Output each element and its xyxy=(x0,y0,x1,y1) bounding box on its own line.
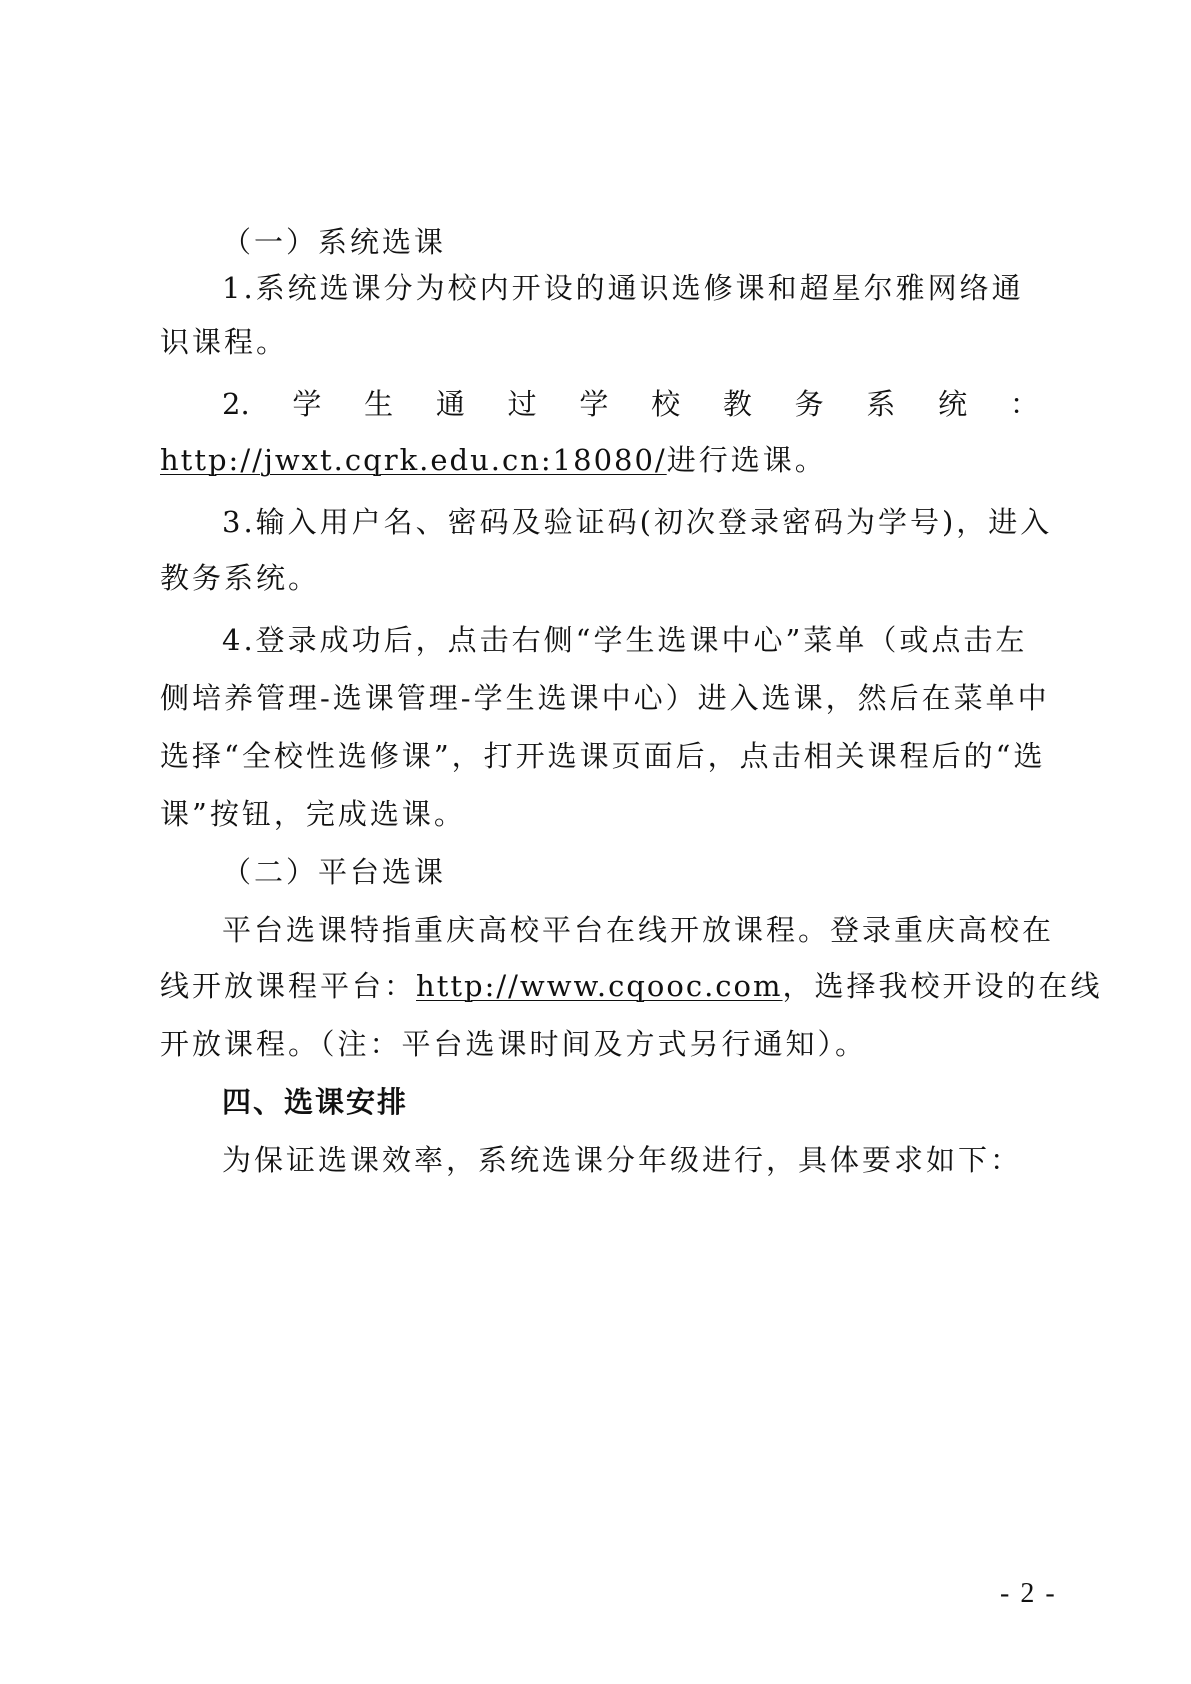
paragraph-item-4-line-3: 选择“全校性选修课”，打开选课页面后，点击相关课程后的“选 xyxy=(160,736,1040,776)
paragraph-item-4-line-2: 侧培养管理-选课管理-学生选课中心）进入选课，然后在菜单中 xyxy=(160,678,1040,718)
academic-system-link[interactable]: http://jwxt.cqrk.edu.cn:18080/ xyxy=(160,443,667,477)
platform-paragraph-line-1: 平台选课特指重庆高校平台在线开放课程。登录重庆高校在 xyxy=(222,910,1102,950)
paragraph-item-3-line-2: 教务系统。 xyxy=(160,558,1040,598)
document-page: （一）系统选课 1.系统选课分为校内开设的通识选修课和超星尔雅网络通 识课程。 … xyxy=(0,0,1191,1684)
arrangement-paragraph: 为保证选课效率，系统选课分年级进行，具体要求如下： xyxy=(222,1140,1102,1180)
item-2-char: 生 xyxy=(364,384,393,424)
paragraph-item-1-line-2: 识课程。 xyxy=(160,322,1040,362)
item-2-char: ： xyxy=(1010,384,1039,424)
subsection-heading-system-selection: （一）系统选课 xyxy=(222,222,1102,262)
item-2-char: 务 xyxy=(795,384,824,424)
paragraph-item-2-line-1: 2. 学 生 通 过 学 校 教 务 系 统 ： xyxy=(222,384,1039,424)
cqooc-platform-link[interactable]: http://www.cqooc.com xyxy=(416,969,783,1003)
paragraph-item-2-line-2: http://jwxt.cqrk.edu.cn:18080/进行选课。 xyxy=(160,440,1040,480)
platform-line-2-prefix: 线开放课程平台： xyxy=(160,969,416,1003)
platform-paragraph-line-2: 线开放课程平台：http://www.cqooc.com，选择我校开设的在线 xyxy=(160,966,1040,1006)
platform-paragraph-line-3: 开放课程。（注：平台选课时间及方式另行通知）。 xyxy=(160,1024,1040,1064)
item-2-char: 系 xyxy=(866,384,895,424)
platform-line-2-suffix: ，选择我校开设的在线 xyxy=(783,969,1103,1003)
item-2-suffix: 进行选课。 xyxy=(667,443,827,477)
item-2-char: 统 xyxy=(938,384,967,424)
item-2-char: 过 xyxy=(508,384,537,424)
paragraph-item-3-line-1: 3.输入用户名、密码及验证码(初次登录密码为学号)，进入 xyxy=(222,502,1102,542)
item-2-char: 2. xyxy=(222,384,250,424)
item-2-char: 学 xyxy=(292,384,321,424)
item-2-char: 校 xyxy=(651,384,680,424)
page-number: - 2 - xyxy=(1000,1578,1057,1610)
item-2-char: 通 xyxy=(436,384,465,424)
item-2-char: 学 xyxy=(579,384,608,424)
paragraph-item-4-line-4: 课”按钮，完成选课。 xyxy=(160,794,1040,834)
section-heading-course-arrangement: 四、选课安排 xyxy=(222,1082,1102,1122)
paragraph-item-1-line-1: 1.系统选课分为校内开设的通识选修课和超星尔雅网络通 xyxy=(222,268,1102,308)
item-2-char: 教 xyxy=(723,384,752,424)
paragraph-item-4-line-1: 4.登录成功后，点击右侧“学生选课中心”菜单（或点击左 xyxy=(222,620,1102,660)
subsection-heading-platform-selection: （二）平台选课 xyxy=(222,852,1102,892)
